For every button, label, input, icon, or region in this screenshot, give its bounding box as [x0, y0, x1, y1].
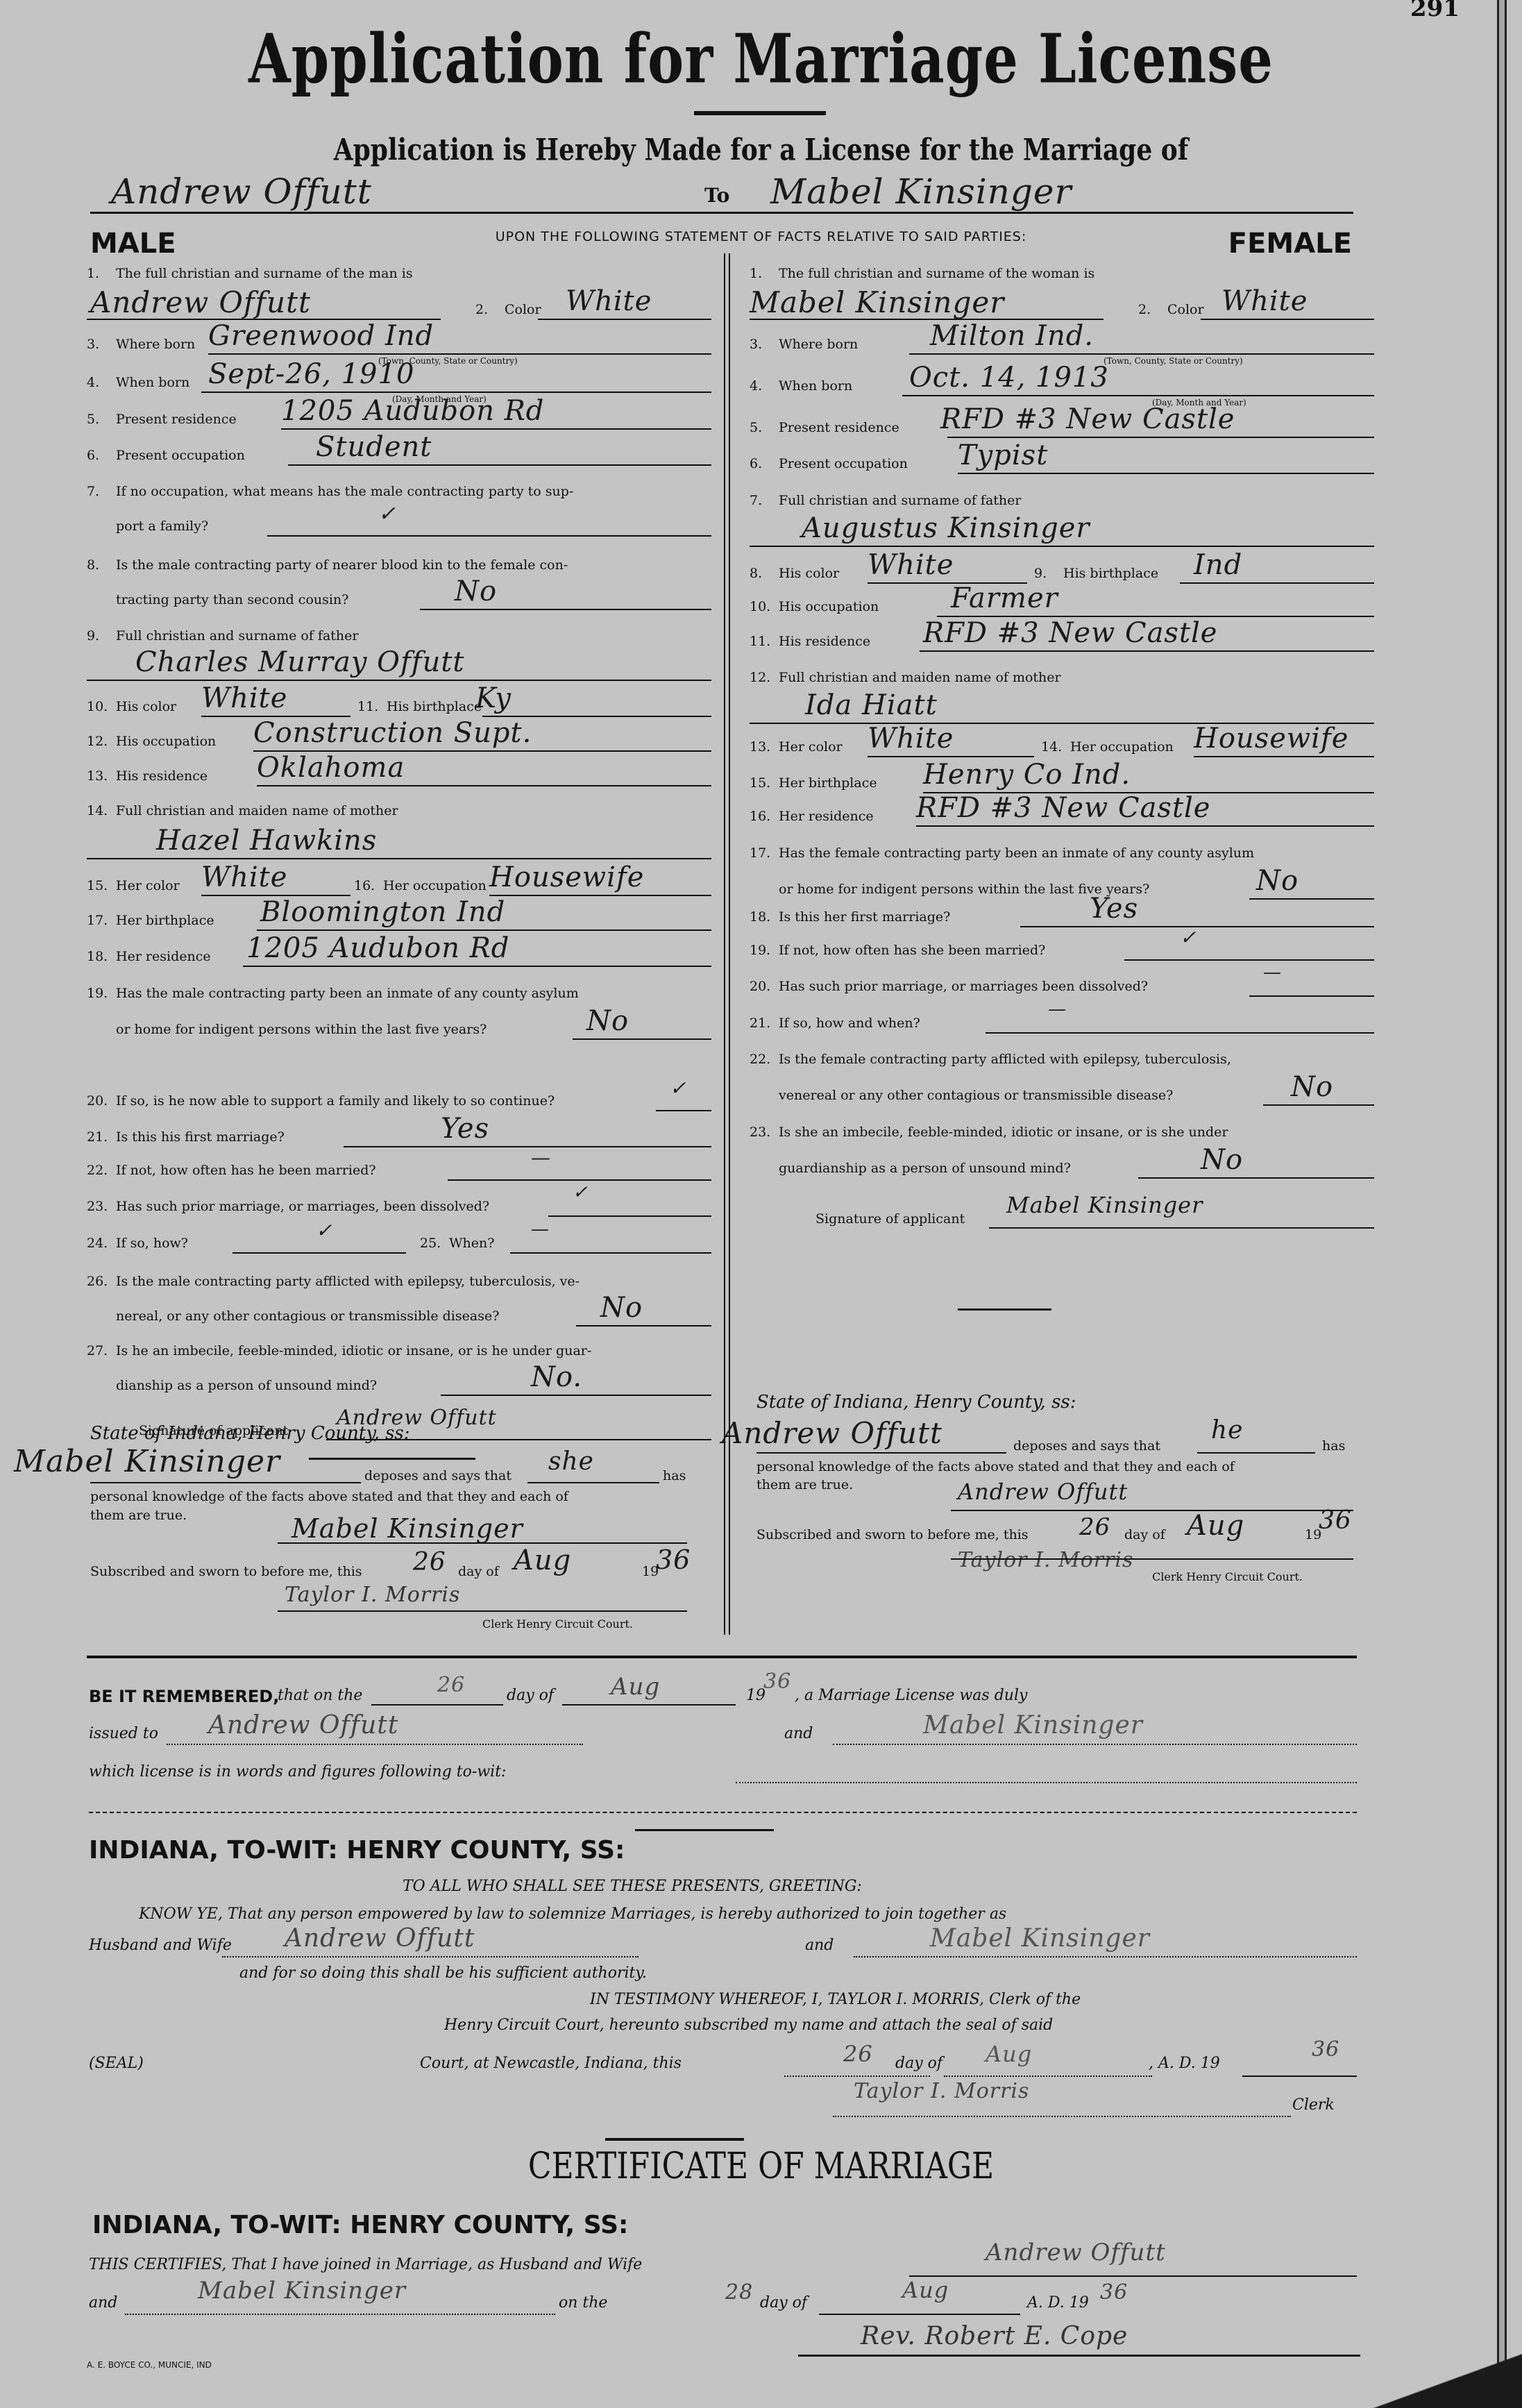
question-label: 19.If not, how often has she been marrie…: [750, 943, 1045, 958]
question-text: If not, how often has she been married?: [779, 943, 1045, 958]
question-label: 16.Her occupation: [354, 878, 487, 893]
license-and-label: and: [805, 1937, 834, 1954]
question-text: His birthplace: [1063, 566, 1158, 581]
question-label: 18.Her residence: [87, 949, 211, 964]
question-label: 9.His birthplace: [1034, 566, 1158, 581]
question-label: 1.The full christian and surname of the …: [750, 266, 1094, 281]
answer-value: White: [1221, 285, 1308, 317]
section-rule: [87, 1656, 1357, 1658]
answer-line: [902, 395, 1374, 396]
issued-to-label: issued to: [89, 1725, 158, 1742]
answer-line: [243, 966, 711, 967]
affidavit-deponent: Mabel Kinsinger: [14, 1444, 280, 1479]
printer-imprint: A. E. BOYCE CO., MUNCIE, IND: [87, 2360, 212, 2370]
answer-value: RFD #3 New Castle: [923, 617, 1217, 649]
to-label: To: [704, 184, 729, 207]
question-text: His color: [779, 566, 839, 581]
affidavit-text-2: them are true.: [90, 1508, 187, 1523]
signature-rule: [958, 1308, 1051, 1311]
answer-line: [1263, 1104, 1374, 1106]
question-text: Where born: [779, 337, 858, 352]
question-text: Her residence: [779, 809, 874, 824]
page-corner-shadow: [1342, 2352, 1522, 2408]
question-label: 14.Full christian and maiden name of mot…: [87, 803, 398, 818]
day-of-label: day of: [1124, 1527, 1165, 1542]
question-label: 12.Full christian and maiden name of mot…: [750, 670, 1061, 685]
answer-line: [573, 1038, 711, 1040]
question-text: Is this his first marriage?: [116, 1129, 285, 1145]
answer-line: [489, 895, 711, 896]
question-text: Color: [1167, 302, 1204, 317]
answer-value: Greenwood Ind: [208, 320, 434, 352]
license-bride: Mabel Kinsinger: [930, 1924, 1150, 1953]
question-label: 23.Has such prior marriage, or marriages…: [87, 1199, 489, 1214]
remembered-day: 26: [437, 1673, 465, 1697]
question-label: 2.Color: [1138, 302, 1204, 317]
license-ad: , A. D. 19: [1149, 2055, 1220, 2072]
question-number: 2.: [1138, 302, 1167, 317]
answer-line: [920, 650, 1374, 652]
question-text: Has the female contracting party been an…: [779, 845, 1254, 861]
question-text: Her birthplace: [116, 913, 214, 928]
certificate-groom: Andrew Offutt: [986, 2239, 1166, 2266]
question-number: 6.: [750, 456, 779, 471]
question-number: 13.: [87, 768, 116, 784]
answer-line: [947, 437, 1374, 438]
sworn-year: 36: [1319, 1506, 1352, 1535]
question-number: 19.: [750, 943, 779, 958]
question-text: When born: [779, 378, 852, 394]
affidavit-deponent: Andrew Offutt: [722, 1416, 942, 1450]
affidavit-signature-line: [278, 1542, 687, 1544]
question-label: 17.Has the female contracting party been…: [750, 845, 1254, 861]
husband-wife-label: Husband and Wife: [89, 1937, 232, 1954]
question-text: Her color: [116, 878, 180, 893]
answer-value: Construction Supt.: [253, 717, 532, 749]
remembered-month: Aug: [611, 1673, 660, 1701]
question-number: 27.: [87, 1343, 116, 1358]
document-title: Application for Marriage License: [0, 20, 1522, 99]
question-text-2: venereal or any other contagious or tran…: [779, 1088, 1173, 1103]
question-label: 3.Where born: [750, 337, 858, 352]
question-text: If so, how and when?: [779, 1016, 920, 1031]
answer-value: White: [201, 682, 287, 714]
answer-line: [538, 319, 711, 320]
question-label: 6.Present occupation: [750, 456, 908, 471]
answer-value: Oct. 14, 1913: [909, 362, 1109, 394]
sworn-month: Aug: [1187, 1510, 1244, 1542]
month-line: [562, 1704, 736, 1706]
answer-value: RFD #3 New Castle: [916, 792, 1210, 824]
answer-line: [1180, 582, 1374, 584]
title-rule: [694, 111, 826, 115]
question-text: Where born: [116, 337, 195, 352]
question-text: Full christian and surname of father: [116, 628, 359, 643]
question-label: 19.Has the male contracting party been a…: [87, 986, 579, 1001]
bride-name: Mabel Kinsinger: [770, 171, 1072, 212]
answer-line: [986, 1032, 1374, 1034]
answer-value: ✓: [316, 1219, 332, 1242]
question-label: 21.Is this his first marriage?: [87, 1129, 285, 1145]
question-number: 16.: [750, 809, 779, 824]
question-text: Is the male contracting party of nearer …: [116, 557, 568, 573]
question-text: His color: [116, 699, 176, 714]
answer-value: Charles Murray Offutt: [135, 646, 464, 678]
sworn-label: Subscribed and sworn to before me, this: [756, 1527, 1029, 1542]
answer-value: Yes: [441, 1113, 489, 1145]
certificate-heading: INDIANA, TO-WIT: HENRY COUNTY, SS:: [92, 2211, 628, 2239]
answer-line: [267, 535, 711, 537]
affidavit-deposes: deposes and says that: [1013, 1438, 1160, 1454]
question-label: 8.Is the male contracting party of neare…: [87, 557, 568, 573]
answer-value: —: [531, 1219, 550, 1240]
affidavit-signature-line: [951, 1510, 1353, 1511]
answer-value: Hazel Hawkins: [156, 825, 377, 857]
certificate-bride-line: [125, 2314, 555, 2315]
license-know-ye: KNOW YE, That any person empowered by la…: [139, 1905, 1006, 1923]
question-text-2: tracting party than second cousin?: [116, 592, 348, 607]
answer-line: [958, 473, 1374, 474]
question-number: 23.: [87, 1199, 116, 1214]
license-month: Aug: [986, 2041, 1032, 2067]
answer-value: White: [868, 723, 954, 755]
question-number: 14.: [87, 803, 116, 818]
question-number: 3.: [750, 337, 779, 352]
question-number: 16.: [354, 878, 383, 893]
groom-name: Andrew Offutt: [111, 171, 372, 212]
question-label: 2.Color: [475, 302, 541, 317]
answer-value: No: [600, 1292, 643, 1324]
license-clerk-label: Clerk: [1292, 2096, 1335, 2114]
question-number: 20.: [87, 1093, 116, 1109]
question-label: 9.Full christian and surname of father: [87, 628, 359, 643]
license-day-of: day of: [895, 2055, 942, 2072]
answer-value: Ind: [1194, 549, 1242, 581]
affidavit-text-2: them are true.: [756, 1477, 853, 1492]
answer-value: White: [566, 285, 652, 317]
question-number: 22.: [87, 1163, 116, 1178]
question-label: 7.If no occupation, what means has the m…: [87, 484, 573, 499]
issued-bride-line: [833, 1744, 1357, 1745]
question-label: 10.His occupation: [750, 599, 879, 614]
license-groom: Andrew Offutt: [285, 1924, 475, 1953]
question-label: 11.His residence: [750, 634, 870, 649]
blank-line: [89, 1812, 1357, 1813]
remembered-year: 36: [763, 1669, 791, 1694]
question-text: Full christian and maiden name of mother: [779, 670, 1061, 685]
remembered-text-2: day of: [507, 1687, 554, 1704]
question-number: 4.: [750, 378, 779, 394]
question-number: 4.: [87, 375, 116, 390]
affidavit-signature: Andrew Offutt: [958, 1479, 1128, 1505]
which-line: [736, 1782, 1357, 1783]
answer-value: Yes: [1090, 893, 1138, 925]
license-clerk-signature: Taylor I. Morris: [854, 2079, 1029, 2103]
answer-value: ✓: [573, 1182, 589, 1203]
short-rule: [635, 1829, 774, 1831]
question-text: His residence: [779, 634, 870, 649]
question-text: His residence: [116, 768, 208, 784]
remembered-text-4: , a Marriage License was duly: [795, 1687, 1027, 1704]
license-bride-line: [854, 1956, 1357, 1957]
answer-line: [909, 353, 1374, 355]
question-text-2: or home for indigent persons within the …: [116, 1022, 487, 1037]
certificate-day: 28: [725, 2280, 753, 2305]
question-number: 9.: [87, 628, 116, 643]
answer-value: Ky: [475, 682, 511, 714]
affidavit-state: State of Indiana, Henry County, ss:: [90, 1423, 410, 1444]
answer-line: [201, 391, 711, 393]
sworn-month: Aug: [514, 1544, 571, 1576]
answer-value: White: [201, 861, 287, 893]
answer-line: [448, 1179, 711, 1181]
question-text: Her occupation: [383, 878, 487, 893]
answer-value: —: [1263, 962, 1282, 983]
clerk-signature: Taylor I. Morris: [958, 1548, 1133, 1572]
remembered-lead: BE IT REMEMBERED,: [89, 1687, 279, 1706]
answer-value: ✓: [1180, 926, 1197, 949]
certificate-groom-line: [909, 2275, 1357, 2277]
answer-value: —: [1048, 999, 1067, 1020]
sworn-day: 26: [1079, 1513, 1110, 1541]
answer-value: No: [1256, 865, 1299, 897]
testimony-line-1: IN TESTIMONY WHEREOF, I, TAYLOR I. MORRI…: [590, 1991, 1081, 2008]
remembered-text-3: 19: [746, 1687, 766, 1704]
question-text: His occupation: [779, 599, 879, 614]
question-text: Color: [505, 302, 541, 317]
answer-value: Andrew Offutt: [90, 285, 311, 319]
question-number: 13.: [750, 739, 779, 755]
answer-value: Oklahoma: [257, 752, 405, 784]
question-text: Is she an imbecile, feeble-minded, idiot…: [779, 1125, 1228, 1140]
affidavit-signature: Mabel Kinsinger: [291, 1513, 523, 1544]
question-text: Present occupation: [779, 456, 908, 471]
answer-value: Farmer: [951, 582, 1058, 614]
certificate-month-line: [819, 2314, 1020, 2315]
license-year-line: [1242, 2076, 1357, 2077]
answer-value: Sept-26, 1910: [208, 358, 414, 390]
question-label: 13.His residence: [87, 768, 208, 784]
question-text: Her color: [779, 739, 843, 755]
clerk-label: Clerk Henry Circuit Court.: [1152, 1570, 1303, 1583]
answer-value: Milton Ind.: [930, 320, 1094, 352]
question-number: 12.: [750, 670, 779, 685]
affidavit-has: has: [1322, 1438, 1345, 1454]
answer-line: [232, 1252, 406, 1254]
answer-line: [208, 353, 711, 355]
pronoun-line: [527, 1482, 659, 1483]
question-label: 25.When?: [420, 1236, 494, 1251]
answer-value: No: [586, 1005, 629, 1037]
answer-line: [281, 428, 711, 430]
answer-line: [257, 929, 711, 931]
question-number: 11.: [750, 634, 779, 649]
question-text: Full christian and maiden name of mother: [116, 803, 398, 818]
deponent-line: [756, 1452, 1006, 1454]
answer-value: 1205 Audubon Rd: [246, 932, 509, 964]
answer-value: No: [1291, 1071, 1333, 1103]
answer-value: Mabel Kinsinger: [750, 285, 1004, 319]
officiant-signature: Rev. Robert E. Cope: [861, 2322, 1128, 2350]
question-text: Her residence: [116, 949, 211, 964]
signature-label: Signature of applicant: [815, 1211, 965, 1227]
question-text: Full christian and surname of father: [779, 493, 1022, 508]
question-text: His occupation: [116, 734, 216, 749]
certificate-ad: A. D. 19: [1027, 2294, 1089, 2312]
question-number: 15.: [87, 878, 116, 893]
question-number: 7.: [87, 484, 116, 499]
license-month-line: [944, 2076, 1152, 2077]
answer-line: [1249, 995, 1374, 997]
license-authority: and for so doing this shall be his suffi…: [239, 1964, 647, 1982]
answer-value: RFD #3 New Castle: [940, 403, 1235, 435]
answer-line: [1020, 926, 1374, 927]
question-number: 8.: [87, 557, 116, 573]
court-at-label: Court, at Newcastle, Indiana, this: [420, 2055, 682, 2072]
answer-value: White: [868, 549, 954, 581]
question-label: 15.Her birthplace: [750, 775, 877, 791]
answer-hint: (Town, County, State or Country): [1104, 356, 1243, 366]
answer-line: [1138, 1177, 1374, 1179]
question-label: 13.Her color: [750, 739, 843, 755]
signature-line: [989, 1227, 1374, 1229]
question-text: Present residence: [116, 412, 237, 427]
affidavit-pronoun: he: [1211, 1416, 1244, 1445]
question-number: 8.: [750, 566, 779, 581]
question-number: 3.: [87, 337, 116, 352]
question-text-2: guardianship as a person of unsound mind…: [779, 1161, 1071, 1176]
question-label: 10.His color: [87, 699, 176, 714]
question-label: 24.If so, how?: [87, 1236, 188, 1251]
question-label: 15.Her color: [87, 878, 180, 893]
question-number: 14.: [1041, 739, 1070, 755]
answer-line: [548, 1215, 711, 1217]
female-heading: FEMALE: [1228, 228, 1352, 260]
question-label: 6.Present occupation: [87, 448, 245, 463]
question-number: 23.: [750, 1125, 779, 1140]
question-number: 26.: [87, 1274, 116, 1289]
answer-value: —: [531, 1146, 551, 1169]
affidavit-text: personal knowledge of the facts above st…: [756, 1459, 1235, 1474]
question-number: 10.: [87, 699, 116, 714]
applicant-signature: Mabel Kinsinger: [1006, 1192, 1203, 1218]
answer-value: No.: [531, 1361, 582, 1393]
question-text-2: port a family?: [116, 519, 208, 534]
affidavit-state: State of Indiana, Henry County, ss:: [756, 1392, 1076, 1413]
sworn-label: Subscribed and sworn to before me, this: [90, 1564, 362, 1579]
question-text: Has such prior marriage, or marriages be…: [779, 979, 1148, 994]
answer-line: [87, 680, 711, 681]
affidavit-pronoun: she: [548, 1447, 594, 1476]
question-number: 19.: [87, 986, 116, 1001]
testimony-line-2: Henry Circuit Court, hereunto subscribed…: [444, 2017, 1053, 2034]
answer-value: Henry Co Ind.: [923, 759, 1131, 791]
question-label: 5.Present residence: [750, 420, 899, 435]
question-text: Has such prior marriage, or marriages, b…: [116, 1199, 489, 1214]
certificate-bride: Mabel Kinsinger: [198, 2277, 406, 2305]
question-text: When?: [449, 1236, 494, 1251]
license-day-line: [784, 2076, 930, 2077]
answer-value: No: [1201, 1144, 1243, 1176]
question-number: 17.: [87, 913, 116, 928]
answer-line: [576, 1325, 711, 1327]
seal-label: (SEAL): [89, 2055, 144, 2072]
sworn-year: 36: [656, 1544, 691, 1575]
question-label: 21.If so, how and when?: [750, 1016, 920, 1031]
question-label: 5.Present residence: [87, 412, 237, 427]
question-number: 9.: [1034, 566, 1063, 581]
question-number: 21.: [750, 1016, 779, 1031]
question-text: If so, how?: [116, 1236, 188, 1251]
answer-line: [1124, 959, 1374, 961]
answer-line: [510, 1252, 711, 1254]
question-number: 5.: [87, 412, 116, 427]
question-text-2: nereal, or any other contagious or trans…: [116, 1308, 499, 1324]
question-text: If no occupation, what means has the mal…: [116, 484, 573, 499]
answer-line: [288, 464, 711, 466]
certificate-year: 36: [1100, 2280, 1128, 2305]
question-text: The full christian and surname of the ma…: [116, 266, 413, 281]
question-number: 24.: [87, 1236, 116, 1251]
question-number: 17.: [750, 845, 779, 861]
question-label: 4.When born: [87, 375, 189, 390]
question-text: Is the female contracting party afflicte…: [779, 1052, 1231, 1067]
question-label: 3.Where born: [87, 337, 195, 352]
question-label: 20.If so, is he now able to support a fa…: [87, 1093, 555, 1109]
clerk-signature-line: [951, 1558, 1353, 1560]
question-number: 6.: [87, 448, 116, 463]
question-number: 18.: [87, 949, 116, 964]
certificate-rule: [605, 2138, 744, 2141]
answer-value: Ida Hiatt: [805, 689, 938, 721]
day-line: [371, 1704, 503, 1706]
clerk-label: Clerk Henry Circuit Court.: [482, 1617, 633, 1631]
question-text: Present residence: [779, 420, 899, 435]
question-number: 10.: [750, 599, 779, 614]
answer-line: [1194, 756, 1374, 757]
certificate-on-the: on the: [559, 2294, 607, 2312]
question-number: 5.: [750, 420, 779, 435]
question-number: 20.: [750, 979, 779, 994]
clerk-signature-line: [278, 1610, 687, 1612]
license-greeting: TO ALL WHO SHALL SEE THESE PRESENTS, GRE…: [403, 1878, 862, 1895]
question-text: Is this her first marriage?: [779, 909, 950, 925]
certificate-title: CERTIFICATE OF MARRIAGE: [0, 2145, 1522, 2187]
issued-groom: Andrew Offutt: [208, 1711, 398, 1740]
question-number: 25.: [420, 1236, 449, 1251]
answer-value: No: [455, 575, 497, 607]
question-text: The full christian and surname of the wo…: [779, 266, 1094, 281]
day-of-label: day of: [458, 1564, 499, 1579]
certifies-text: THIS CERTIFIES, That I have joined in Ma…: [89, 2256, 642, 2273]
question-label: 26.Is the male contracting party afflict…: [87, 1274, 580, 1289]
answer-value: 1205 Audubon Rd: [281, 395, 544, 427]
answer-line: [750, 546, 1374, 547]
question-text: Present occupation: [116, 448, 245, 463]
officiant-line: [798, 2355, 1360, 2357]
page-binding-edge: [1497, 0, 1507, 2408]
certificate-month: Aug: [902, 2277, 949, 2303]
license-groom-line: [222, 1956, 639, 1957]
answer-value: ✓: [670, 1077, 686, 1100]
sworn-day: 26: [413, 1548, 446, 1576]
answer-value: Bloomington Ind: [260, 896, 505, 928]
pronoun-line: [1197, 1452, 1315, 1454]
question-text: Is he an imbecile, feeble-minded, idioti…: [116, 1343, 591, 1358]
license-clerk-line: [833, 2116, 1291, 2117]
question-label: 17.Her birthplace: [87, 913, 214, 928]
question-label: 20.Has such prior marriage, or marriages…: [750, 979, 1148, 994]
